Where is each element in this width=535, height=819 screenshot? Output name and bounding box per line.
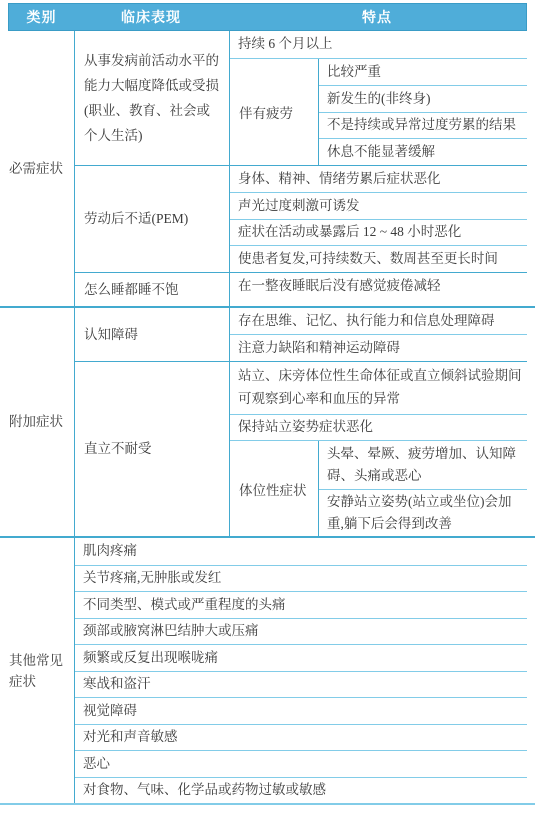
subgroup-body: 比较严重 新发生的(非终身) 不是持续或异常过度劳累的结果 休息不能显著缓解 [318, 59, 527, 165]
group-body: 在一整夜睡眠后没有感觉疲倦减轻 [229, 273, 527, 306]
table-header-row: 类别 临床表现 特点 [8, 3, 527, 31]
manifestation-cell: 认知障碍 [75, 308, 229, 361]
subgroup-fatigue: 伴有疲劳 比较严重 新发生的(非终身) 不是持续或异常过度劳累的结果 休息不能显… [230, 58, 527, 165]
feature-row: 关节疼痛,无肿胀或发红 [75, 565, 527, 592]
feature-row: 存在思维、记忆、执行能力和信息处理障碍 [230, 308, 527, 335]
subgroup-postural-symptoms: 体位性症状 头晕、晕厥、疲劳增加、认知障碍、头痛或恶心 安静站立姿势(站立或坐位… [230, 440, 527, 536]
group-unrefreshing-sleep: 怎么睡都睡不饱 在一整夜睡眠后没有感觉疲倦减轻 [75, 272, 527, 306]
group-activity-reduction: 从事发病前活动水平的能力大幅度降低或受损(职业、教育、社会或个人生活) 持续 6… [75, 31, 527, 165]
section-required-symptoms: 必需症状 从事发病前活动水平的能力大幅度降低或受损(职业、教育、社会或个人生活)… [0, 31, 535, 306]
feature-row: 持续 6 个月以上 [230, 31, 527, 58]
manifestation-cell: 直立不耐受 [75, 362, 229, 537]
feature-row: 在一整夜睡眠后没有感觉疲倦减轻 [230, 273, 527, 300]
category-cell: 其他常见症状 [8, 538, 74, 803]
table-bottom-border [0, 803, 535, 805]
group-body: 存在思维、记忆、执行能力和信息处理障碍 注意力缺陷和精神运动障碍 [229, 308, 527, 361]
feature-row: 休息不能显著缓解 [319, 138, 527, 165]
group-cognitive-impairment: 认知障碍 存在思维、记忆、执行能力和信息处理障碍 注意力缺陷和精神运动障碍 [75, 308, 527, 361]
group-body: 站立、床旁体位性生命体征或直立倾斜试验期间可观察到心率和血压的异常 保持站立姿势… [229, 362, 527, 537]
manifestation-cell: 怎么睡都睡不饱 [75, 273, 229, 306]
group-body: 持续 6 个月以上 伴有疲劳 比较严重 新发生的(非终身) 不是持续或异常过度劳… [229, 31, 527, 165]
subgroup-label-cell: 体位性症状 [230, 441, 318, 536]
feature-row: 不是持续或异常过度劳累的结果 [319, 112, 527, 139]
section-body: 从事发病前活动水平的能力大幅度降低或受损(职业、教育、社会或个人生活) 持续 6… [74, 31, 527, 306]
feature-row: 新发生的(非终身) [319, 85, 527, 112]
feature-row: 频繁或反复出现喉咙痛 [75, 644, 527, 671]
category-cell: 必需症状 [8, 31, 74, 306]
manifestation-cell: 劳动后不适(PEM) [75, 166, 229, 272]
section-additional-symptoms: 附加症状 认知障碍 存在思维、记忆、执行能力和信息处理障碍 注意力缺陷和精神运动… [0, 306, 535, 537]
feature-row: 安静站立姿势(站立或坐位)会加重,躺下后会得到改善 [319, 489, 527, 536]
feature-row: 不同类型、模式或严重程度的头痛 [75, 591, 527, 618]
manifestation-cell: 从事发病前活动水平的能力大幅度降低或受损(职业、教育、社会或个人生活) [75, 31, 229, 165]
feature-row: 比较严重 [319, 59, 527, 86]
symptom-table-page: 类别 临床表现 特点 必需症状 从事发病前活动水平的能力大幅度降低或受损(职业、… [0, 0, 535, 819]
feature-row: 肌肉疼痛 [75, 538, 527, 565]
group-pem: 劳动后不适(PEM) 身体、精神、情绪劳累后症状恶化 声光过度刺激可诱发 症状在… [75, 165, 527, 272]
header-cell-manifestation: 临床表现 [74, 4, 228, 30]
feature-row: 保持站立姿势症状恶化 [230, 414, 527, 441]
feature-row: 站立、床旁体位性生命体征或直立倾斜试验期间可观察到心率和血压的异常 [230, 362, 527, 414]
feature-row: 颈部或腋窝淋巴结肿大或压痛 [75, 618, 527, 645]
feature-row: 寒战和盗汗 [75, 671, 527, 698]
feature-row: 身体、精神、情绪劳累后症状恶化 [230, 166, 527, 193]
feature-row: 对食物、气味、化学品或药物过敏或敏感 [75, 777, 527, 804]
section-body: 认知障碍 存在思维、记忆、执行能力和信息处理障碍 注意力缺陷和精神运动障碍 直立… [74, 308, 527, 537]
feature-row: 注意力缺陷和精神运动障碍 [230, 334, 527, 361]
feature-row: 恶心 [75, 750, 527, 777]
feature-row: 症状在活动或暴露后 12 ~ 48 小时恶化 [230, 219, 527, 246]
feature-row: 对光和声音敏感 [75, 724, 527, 751]
group-body: 身体、精神、情绪劳累后症状恶化 声光过度刺激可诱发 症状在活动或暴露后 12 ~… [229, 166, 527, 272]
subgroup-label-cell: 伴有疲劳 [230, 59, 318, 165]
section-body: 肌肉疼痛 关节疼痛,无肿胀或发红 不同类型、模式或严重程度的头痛 颈部或腋窝淋巴… [74, 538, 527, 803]
feature-row: 声光过度刺激可诱发 [230, 192, 527, 219]
feature-row: 使患者复发,可持续数天、数周甚至更长时间 [230, 245, 527, 272]
header-cell-category: 类别 [9, 4, 74, 30]
category-cell: 附加症状 [8, 308, 74, 537]
header-cell-feature: 特点 [228, 4, 526, 30]
feature-row: 视觉障碍 [75, 697, 527, 724]
feature-row: 头晕、晕厥、疲劳增加、认知障碍、头痛或恶心 [319, 441, 527, 489]
subgroup-body: 头晕、晕厥、疲劳增加、认知障碍、头痛或恶心 安静站立姿势(站立或坐位)会加重,躺… [318, 441, 527, 536]
section-other-common-symptoms: 其他常见症状 肌肉疼痛 关节疼痛,无肿胀或发红 不同类型、模式或严重程度的头痛 … [0, 536, 535, 803]
group-orthostatic-intolerance: 直立不耐受 站立、床旁体位性生命体征或直立倾斜试验期间可观察到心率和血压的异常 … [75, 361, 527, 537]
